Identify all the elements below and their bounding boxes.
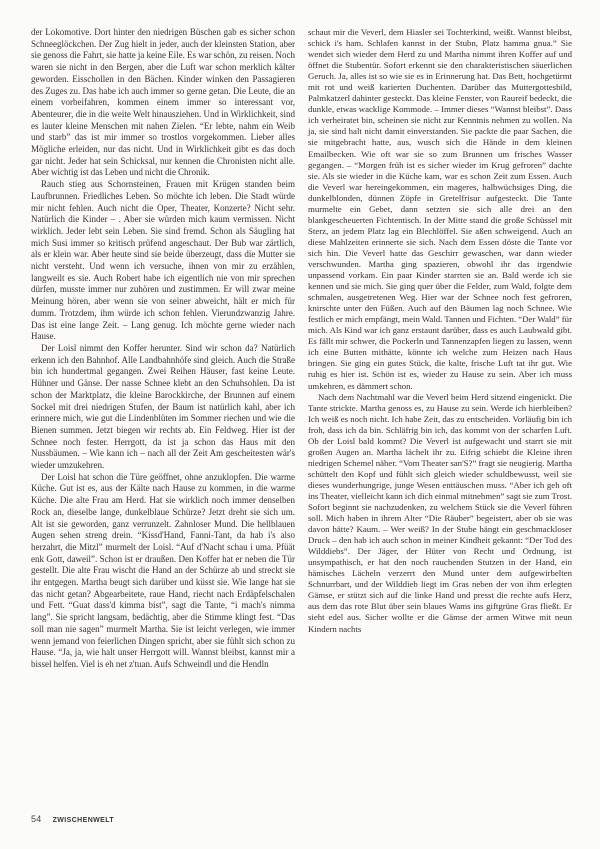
paragraph: Der Loisl nimmt den Koffer herunter. Sin… — [31, 343, 295, 472]
page-footer: 54 ZWISCHENWELT — [31, 814, 114, 824]
text-columns: der Lokomotive. Dort hinter den niedrige… — [31, 27, 572, 671]
journal-name: ZWISCHENWELT — [53, 817, 114, 824]
paragraph: Nach dem Nachtmahl war die Veverl beim H… — [308, 392, 572, 635]
page-number: 54 — [31, 814, 42, 824]
paragraph: Der Loisl hat schon die Türe geöffnet, o… — [31, 472, 295, 671]
text-column-right: schaut mir die Veverl, dem Hiasler sei T… — [308, 27, 572, 671]
paragraph: Rauch stieg aus Schornsteinen, Frauen mi… — [31, 179, 295, 343]
paragraph-continued: der Lokomotive. Dort hinter den niedrige… — [31, 27, 295, 179]
paragraph-continued: schaut mir die Veverl, dem Hiasler sei T… — [308, 27, 572, 392]
text-column-left: der Lokomotive. Dort hinter den niedrige… — [31, 27, 295, 671]
book-page: der Lokomotive. Dort hinter den niedrige… — [0, 0, 600, 849]
